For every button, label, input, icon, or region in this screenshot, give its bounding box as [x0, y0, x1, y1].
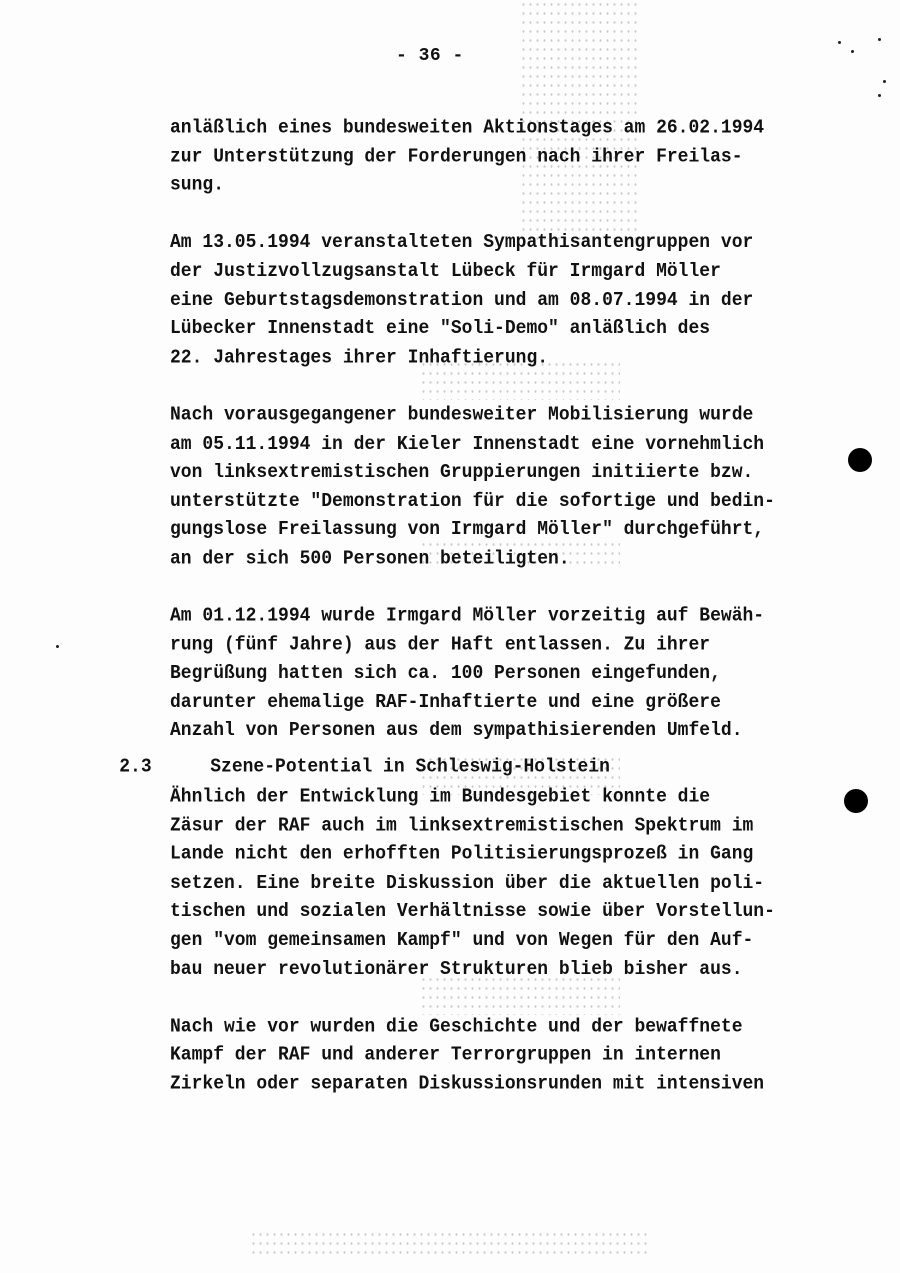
- text-line: Ähnlich der Entwicklung im Bundesgebiet …: [170, 783, 810, 812]
- paragraph: anläßlich eines bundesweiten Aktionstage…: [170, 114, 810, 200]
- text-line: gen "vom gemeinsamen Kampf" und von Wege…: [170, 927, 810, 956]
- scan-mark: [878, 94, 881, 97]
- text-line: Kampf der RAF und anderer Terrorgruppen …: [170, 1041, 810, 1070]
- text-line: tischen und sozialen Verhältnisse sowie …: [170, 898, 810, 927]
- paragraph: Am 01.12.1994 wurde Irmgard Möller vorze…: [170, 602, 810, 746]
- text-line: gungslose Freilassung von Irmgard Möller…: [170, 516, 810, 545]
- scanned-page: - 36 - anläßlich eines bundesweiten Akti…: [0, 0, 900, 1273]
- body-text-bottom: Ähnlich der Entwicklung im Bundesgebiet …: [170, 783, 810, 1128]
- text-line: Zirkeln oder separaten Diskussionsrunden…: [170, 1070, 810, 1099]
- text-line: eine Geburtstagsdemonstration und am 08.…: [170, 286, 810, 315]
- text-line: setzen. Eine breite Diskussion über die …: [170, 869, 810, 898]
- page-number: - 36 -: [396, 46, 464, 66]
- text-line: bau neuer revolutionärer Strukturen blie…: [170, 955, 810, 984]
- text-line: Lande nicht den erhofften Politisierungs…: [170, 840, 810, 869]
- scan-mark: [56, 645, 59, 648]
- body-text-top: anläßlich eines bundesweiten Aktionstage…: [170, 114, 810, 775]
- paragraph: Nach vorausgegangener bundesweiter Mobil…: [170, 401, 810, 573]
- text-line: 22. Jahrestages ihrer Inhaftierung.: [170, 344, 810, 373]
- text-line: anläßlich eines bundesweiten Aktionstage…: [170, 114, 810, 143]
- paragraph: Ähnlich der Entwicklung im Bundesgebiet …: [170, 783, 810, 984]
- punch-hole: [848, 448, 872, 472]
- text-line: darunter ehemalige RAF-Inhaftierte und e…: [170, 688, 810, 717]
- scan-mark: [838, 41, 841, 44]
- text-line: sung.: [170, 171, 810, 200]
- text-line: Lübecker Innenstadt eine "Soli-Demo" anl…: [170, 315, 810, 344]
- text-line: Nach wie vor wurden die Geschichte und d…: [170, 1013, 810, 1042]
- text-line: Zäsur der RAF auch im linksextremistisch…: [170, 812, 810, 841]
- punch-hole: [844, 789, 868, 813]
- section-number: 2.3: [119, 757, 210, 779]
- text-line: am 05.11.1994 in der Kieler Innenstadt e…: [170, 430, 810, 459]
- text-line: der Justizvollzugsanstalt Lübeck für Irm…: [170, 258, 810, 287]
- scan-noise: [250, 1230, 650, 1260]
- section-title: Szene-Potential in Schleswig-Holstein: [210, 757, 610, 779]
- text-line: Nach vorausgegangener bundesweiter Mobil…: [170, 401, 810, 430]
- scan-mark: [883, 80, 886, 83]
- text-line: von linksextremistischen Gruppierungen i…: [170, 459, 810, 488]
- text-line: zur Unterstützung der Forderungen nach i…: [170, 143, 810, 172]
- text-line: Am 01.12.1994 wurde Irmgard Möller vorze…: [170, 602, 810, 631]
- text-line: an der sich 500 Personen beteiligten.: [170, 545, 810, 574]
- text-line: Begrüßung hatten sich ca. 100 Personen e…: [170, 660, 810, 689]
- paragraph: Am 13.05.1994 veranstalteten Sympathisan…: [170, 229, 810, 373]
- text-line: Am 13.05.1994 veranstalteten Sympathisan…: [170, 229, 810, 258]
- paragraph: Nach wie vor wurden die Geschichte und d…: [170, 1013, 810, 1099]
- scan-mark: [851, 50, 854, 53]
- text-line: rung (fünf Jahre) aus der Haft entlassen…: [170, 631, 810, 660]
- scan-mark: [878, 38, 881, 41]
- text-line: unterstützte "Demonstration für die sofo…: [170, 487, 810, 516]
